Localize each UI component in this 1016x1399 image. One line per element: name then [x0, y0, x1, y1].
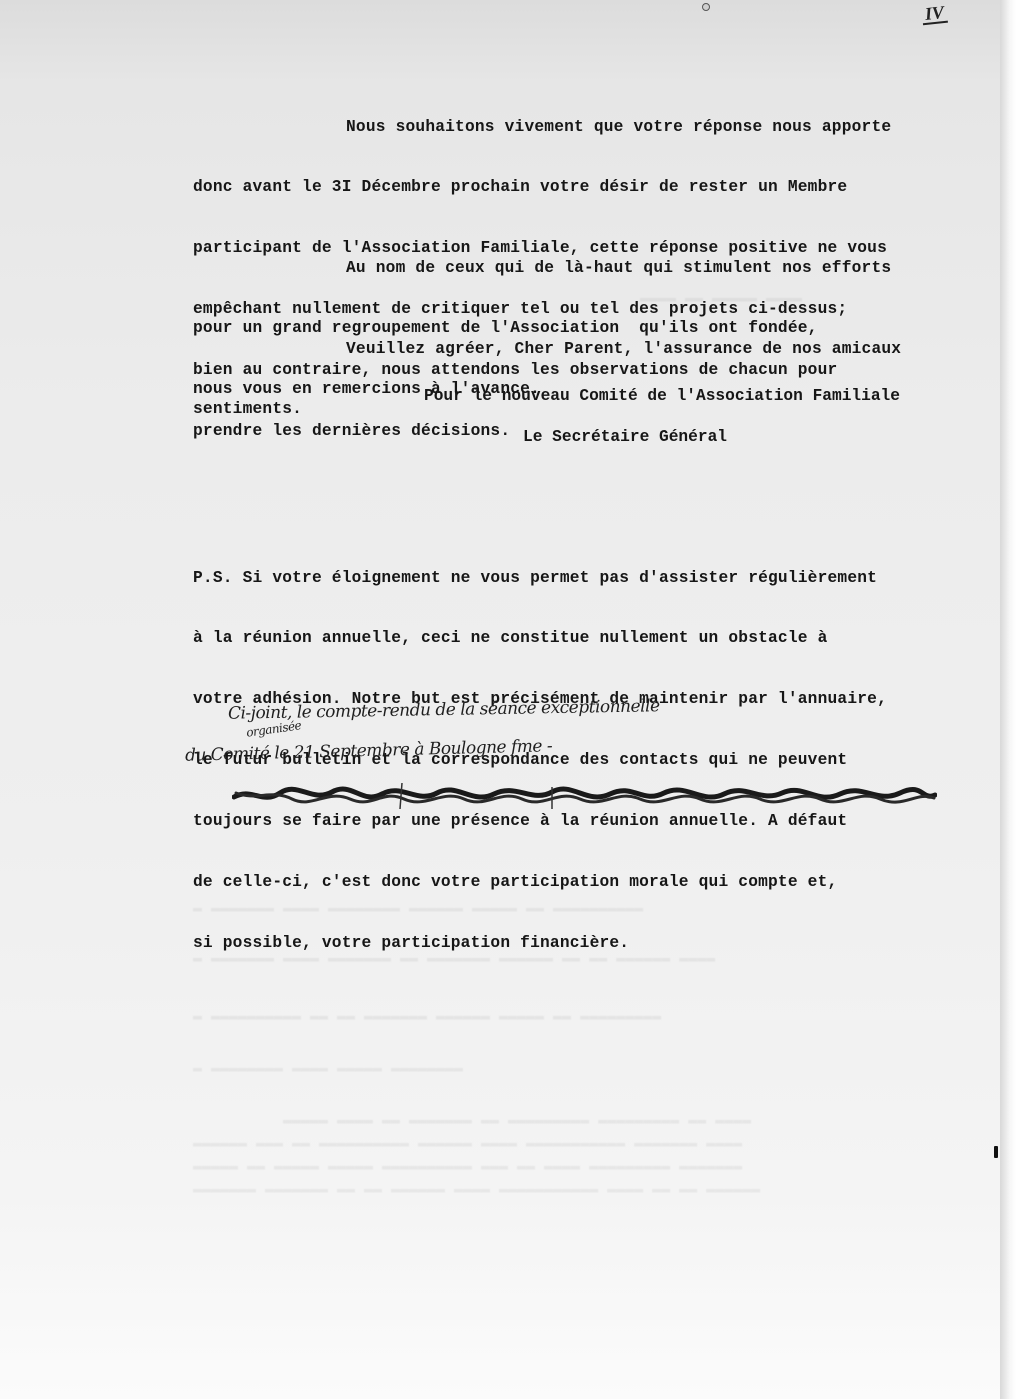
scan-edge [1000, 0, 1016, 1399]
bleed-through-text: ▬▬▬▬▬▬ ▬▬▬ ▬▬ ▬▬▬▬▬▬▬▬▬▬ ▬▬▬▬▬▬ ▬▬▬▬ ▬▬▬… [193, 1135, 742, 1152]
signature-title: Le Secrétaire Général [523, 428, 727, 446]
signature-committee: Pour le nouveau Comité de l'Association … [424, 387, 900, 405]
bleed-through-text: ▬▬▬▬▬ ▬▬ ▬▬▬▬▬ ▬▬▬▬▬ ▬▬▬▬▬▬▬▬▬▬ ▬▬▬ ▬▬ ▬… [193, 1158, 742, 1175]
page-number: IV [921, 3, 948, 26]
bleed-through-text: ▬ ▬▬▬▬▬▬▬▬▬▬ ▬▬ ▬▬ ▬▬▬▬▬▬▬ ▬▬▬▬▬▬ ▬▬▬▬▬ … [193, 1008, 661, 1025]
margin-mark [994, 1146, 998, 1158]
text-line: si possible, votre participation financi… [193, 933, 887, 953]
text-line: P.S. Si votre éloignement ne vous permet… [193, 568, 887, 588]
bleed-through-text: ▬ ▬▬▬▬▬▬▬▬ ▬▬▬▬ ▬▬▬▬▬ ▬▬▬▬▬▬▬▬ [193, 1060, 463, 1077]
text-line: toujours se faire par une présence à la … [193, 811, 887, 831]
crossed-out-scribble [232, 783, 937, 809]
paragraph-closing-formula: Veuillez agréer, Cher Parent, l'assuranc… [193, 298, 901, 440]
bleed-through-text: ▬▬▬▬▬▬▬ ▬▬▬▬▬▬▬ ▬▬ ▬▬ ▬▬▬▬▬▬ ▬▬▬▬ ▬▬▬▬▬▬… [193, 1181, 760, 1198]
text-line: Au nom de ceux qui de là-haut qui stimul… [193, 258, 891, 278]
text-line: Veuillez agréer, Cher Parent, l'assuranc… [193, 339, 901, 359]
text-line: de celle-ci, c'est donc votre participat… [193, 872, 887, 892]
bleed-through-text: ▬▬▬▬▬ ▬▬▬▬ ▬▬ ▬▬▬▬▬▬▬ ▬▬ ▬▬▬▬▬▬▬▬▬ ▬▬▬▬▬… [193, 1112, 751, 1129]
text-line: Nous souhaitons vivement que votre répon… [193, 117, 891, 137]
punch-hole-icon [702, 3, 710, 11]
text-line: à la réunion annuelle, ceci ne constitue… [193, 628, 887, 648]
text-line: donc avant le 3I Décembre prochain votre… [193, 177, 891, 197]
